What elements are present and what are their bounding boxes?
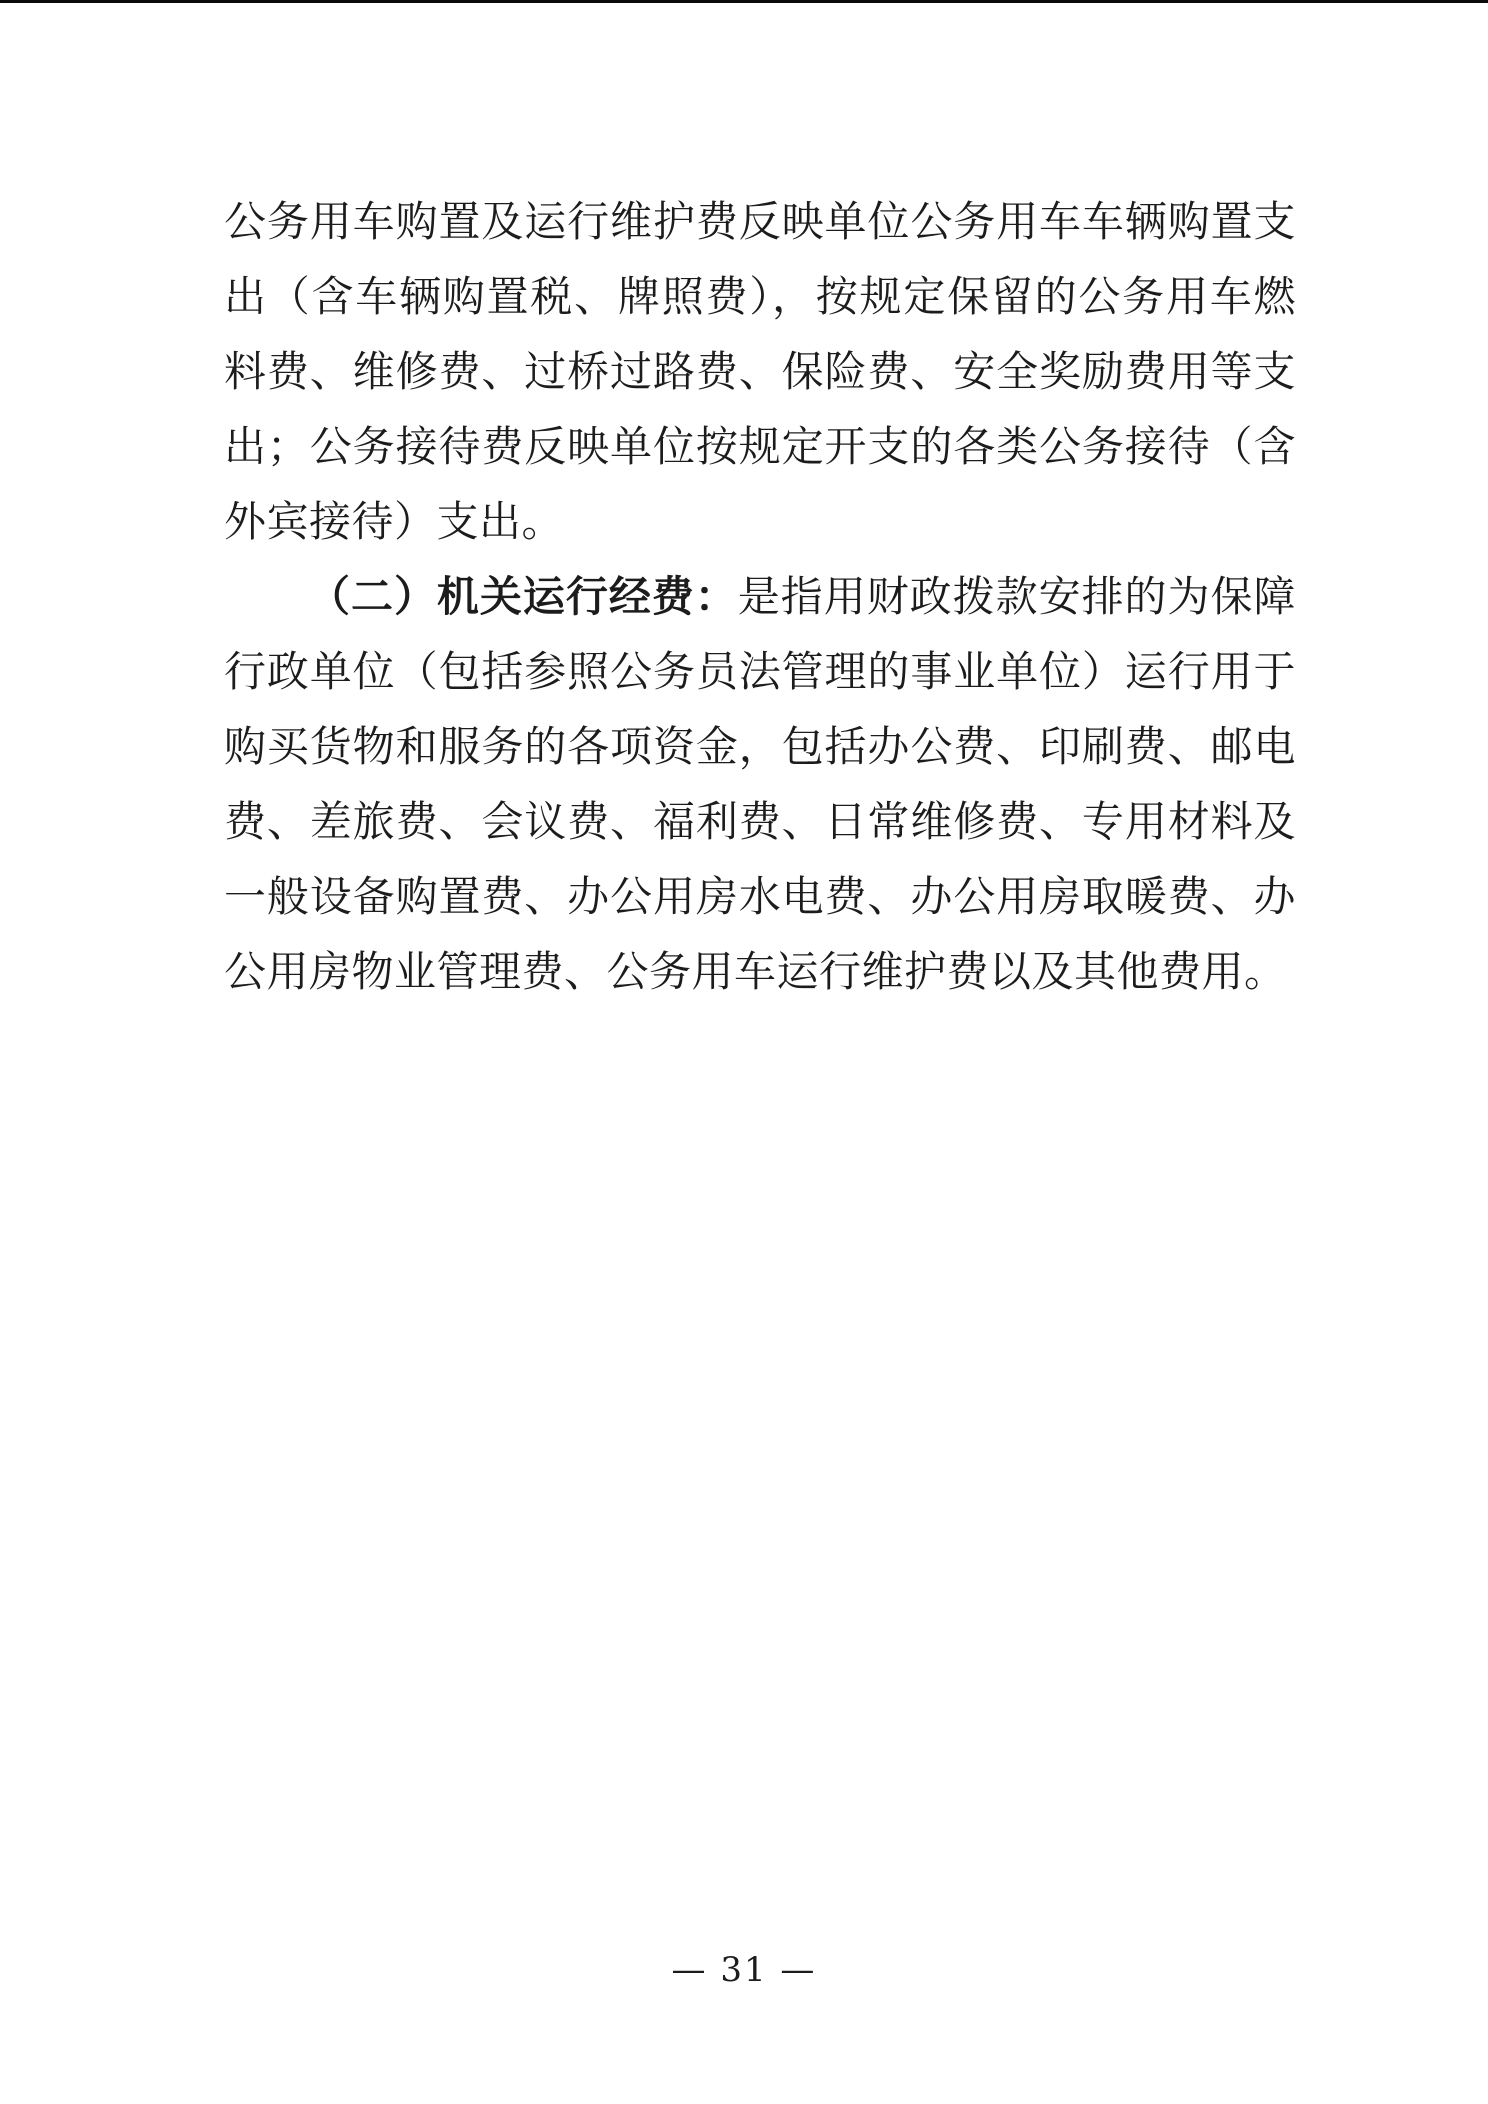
paragraph-agency-operating-expense: （二）机关运行经费：是指用财政拨款安排的为保障行政单位（包括参照公务员法管理的事… (224, 559, 1296, 1009)
paragraph-vehicle-expense: 公务用车购置及运行维护费反映单位公务用车车辆购置支出（含车辆购置税、牌照费），按… (224, 184, 1296, 559)
paragraph-text: 是指用财政拨款安排的为保障行政单位（包括参照公务员法管理的事业单位）运行用于购买… (224, 572, 1296, 996)
screenshot-top-edge (0, 0, 1488, 3)
document-body: 公务用车购置及运行维护费反映单位公务用车车辆购置支出（含车辆购置税、牌照费），按… (224, 184, 1296, 1009)
paragraph-text: 公务用车购置及运行维护费反映单位公务用车车辆购置支出（含车辆购置税、牌照费），按… (224, 197, 1296, 546)
document-page: 公务用车购置及运行维护费反映单位公务用车车辆购置支出（含车辆购置税、牌照费），按… (0, 0, 1488, 2104)
page-number: — 31 — (672, 1950, 817, 1990)
page-footer: — 31 — (0, 1948, 1488, 1992)
paragraph-bold-lead: （二）机关运行经费： (308, 572, 738, 621)
